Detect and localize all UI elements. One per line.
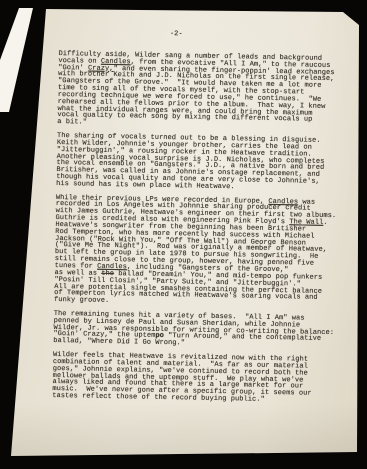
paragraph: The remaining tunes hit a variety of bas… bbox=[53, 311, 344, 351]
photo-background: -2- Difficulty aside, Wilder sang a numb… bbox=[0, 0, 367, 469]
paragraph: Wilder feels that Heatwave is revitalize… bbox=[52, 352, 343, 405]
text-segment: funky groove. bbox=[54, 296, 109, 305]
paragraph: The sharing of vocals turned out to be a… bbox=[56, 133, 347, 193]
text-segment: ballad, "Where Did I Go Wrong." bbox=[53, 337, 185, 347]
text-segment: . bbox=[323, 219, 327, 227]
page-content: -2- Difficulty aside, Wilder sang a numb… bbox=[52, 29, 349, 412]
paragraph: Difficulty aside, Wilder sang a number o… bbox=[57, 51, 348, 132]
document-page: -2- Difficulty aside, Wilder sang a numb… bbox=[0, 0, 367, 469]
paragraphs: Difficulty aside, Wilder sang a number o… bbox=[52, 51, 348, 405]
paragraph: While their previous LPs were recorded i… bbox=[54, 195, 346, 310]
text-segment: a bit." bbox=[57, 118, 87, 127]
page-number: -2- bbox=[170, 31, 349, 41]
